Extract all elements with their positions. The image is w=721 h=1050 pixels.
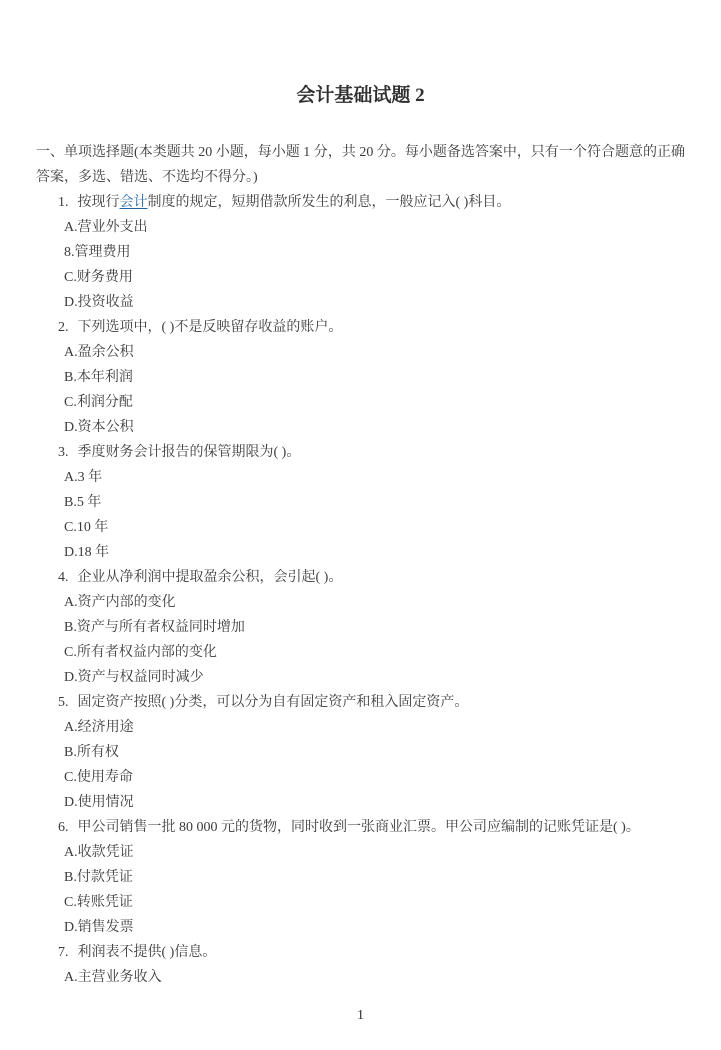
answer-option: B.所有权 <box>64 740 721 765</box>
page-number: 1 <box>0 1008 721 1024</box>
option-label: D. <box>64 420 78 435</box>
question: 7.利润表不提供( )信息。A.主营业务收入 <box>0 940 721 990</box>
answer-option: D.资产与权益同时减少 <box>64 665 721 690</box>
question: 2.下列选项中，( )不是反映留存收益的账户。A.盈余公积B.本年利润C.利润分… <box>0 315 721 440</box>
option-label: C. <box>64 520 77 535</box>
option-text: 本年利润 <box>77 370 133 385</box>
option-label: C. <box>64 395 77 410</box>
question: 1.按现行会计制度的规定，短期借款所发生的利息，一般应记入( )科目。A.营业外… <box>0 190 721 315</box>
option-label: B. <box>64 745 77 760</box>
option-label: D. <box>64 670 78 685</box>
answer-option: A.资产内部的变化 <box>64 590 721 615</box>
option-label: B. <box>64 495 77 510</box>
question-text-line: 3.季度财务会计报告的保管期限为( )。 <box>58 440 713 465</box>
question-text: 甲公司销售一批 80 000 元的货物，同时收到一张商业汇票。甲公司应编制的记账… <box>78 820 640 835</box>
option-label: B. <box>64 870 77 885</box>
question: 4.企业从净利润中提取盈余公积，会引起( )。A.资产内部的变化B.资产与所有者… <box>0 565 721 690</box>
answer-option: A.经济用途 <box>64 715 721 740</box>
option-label: A. <box>64 970 78 985</box>
answer-option: B.本年利润 <box>64 365 721 390</box>
option-label: C. <box>64 270 77 285</box>
question: 5.固定资产按照( )分类，可以分为自有固定资产和租入固定资产。A.经济用途B.… <box>0 690 721 815</box>
section-instructions: 一、单项选择题(本类题共 20 小题，每小题 1 分，共 20 分。每小题备选答… <box>36 140 685 190</box>
answer-option: B.付款凭证 <box>64 865 721 890</box>
question-list: 1.按现行会计制度的规定，短期借款所发生的利息，一般应记入( )科目。A.营业外… <box>0 190 721 990</box>
question-number: 6. <box>58 820 69 835</box>
option-text: 收款凭证 <box>78 845 134 860</box>
answer-option: A.盈余公积 <box>64 340 721 365</box>
question-text-line: 4.企业从净利润中提取盈余公积，会引起( )。 <box>58 565 713 590</box>
option-label: A. <box>64 345 78 360</box>
answer-option: D.使用情况 <box>64 790 721 815</box>
option-label: C. <box>64 645 77 660</box>
question-number: 7. <box>58 945 69 960</box>
answer-option: D.投资收益 <box>64 290 721 315</box>
option-text: 所有者权益内部的变化 <box>77 645 217 660</box>
option-label: D. <box>64 795 78 810</box>
answer-option: A.主营业务收入 <box>64 965 721 990</box>
option-text: 18 年 <box>78 545 110 560</box>
question-number: 4. <box>58 570 69 585</box>
option-text: 资本公积 <box>78 420 134 435</box>
answer-option: B.5 年 <box>64 490 721 515</box>
page-title: 会计基础试题 2 <box>0 84 721 107</box>
option-label: D. <box>64 920 78 935</box>
answer-option: C.利润分配 <box>64 390 721 415</box>
option-label: A. <box>64 845 78 860</box>
option-text: 转账凭证 <box>77 895 133 910</box>
question-text: 固定资产按照( )分类，可以分为自有固定资产和租入固定资产。 <box>78 695 469 710</box>
question-text-line: 7.利润表不提供( )信息。 <box>58 940 713 965</box>
question-text-line: 2.下列选项中，( )不是反映留存收益的账户。 <box>58 315 713 340</box>
option-label: B. <box>64 370 77 385</box>
option-label: A. <box>64 220 78 235</box>
option-text: 资产内部的变化 <box>78 595 176 610</box>
option-label: A. <box>64 720 78 735</box>
option-text: 利润分配 <box>77 395 133 410</box>
question-text: 企业从净利润中提取盈余公积，会引起( )。 <box>78 570 343 585</box>
option-text: 付款凭证 <box>77 870 133 885</box>
answer-option: C.财务费用 <box>64 265 721 290</box>
answer-option: D.资本公积 <box>64 415 721 440</box>
option-label: 8. <box>64 245 75 260</box>
question-text: 下列选项中，( )不是反映留存收益的账户。 <box>78 320 343 335</box>
question-text: 按现行 <box>78 195 120 210</box>
option-label: D. <box>64 295 78 310</box>
option-label: C. <box>64 770 77 785</box>
option-text: 使用情况 <box>78 795 134 810</box>
option-text: 所有权 <box>77 745 119 760</box>
question-number: 3. <box>58 445 69 460</box>
option-text: 经济用途 <box>78 720 134 735</box>
question-number: 2. <box>58 320 69 335</box>
question-text-line: 1.按现行会计制度的规定，短期借款所发生的利息，一般应记入( )科目。 <box>58 190 713 215</box>
answer-option: C.转账凭证 <box>64 890 721 915</box>
question-text-after-link: 制度的规定，短期借款所发生的利息，一般应记入( )科目。 <box>148 195 511 210</box>
question-text: 季度财务会计报告的保管期限为( )。 <box>78 445 301 460</box>
answer-option: C.所有者权益内部的变化 <box>64 640 721 665</box>
question-text-line: 6.甲公司销售一批 80 000 元的货物，同时收到一张商业汇票。甲公司应编制的… <box>58 815 713 840</box>
option-text: 10 年 <box>77 520 109 535</box>
option-text: 使用寿命 <box>77 770 133 785</box>
option-label: D. <box>64 545 78 560</box>
option-text: 盈余公积 <box>78 345 134 360</box>
option-label: A. <box>64 595 78 610</box>
answer-option: B.资产与所有者权益同时增加 <box>64 615 721 640</box>
inline-hyperlink[interactable]: 会计 <box>120 195 148 210</box>
answer-option: A.收款凭证 <box>64 840 721 865</box>
option-text: 财务费用 <box>77 270 133 285</box>
option-text: 销售发票 <box>78 920 134 935</box>
answer-option: A.营业外支出 <box>64 215 721 240</box>
answer-option: D.18 年 <box>64 540 721 565</box>
question-text: 利润表不提供( )信息。 <box>78 945 217 960</box>
option-label: B. <box>64 620 77 635</box>
answer-option: 8.管理费用 <box>64 240 721 265</box>
answer-option: C.10 年 <box>64 515 721 540</box>
question-text-line: 5.固定资产按照( )分类，可以分为自有固定资产和租入固定资产。 <box>58 690 713 715</box>
option-text: 营业外支出 <box>78 220 148 235</box>
question: 6.甲公司销售一批 80 000 元的货物，同时收到一张商业汇票。甲公司应编制的… <box>0 815 721 940</box>
question: 3.季度财务会计报告的保管期限为( )。A.3 年B.5 年C.10 年D.18… <box>0 440 721 565</box>
answer-option: D.销售发票 <box>64 915 721 940</box>
option-label: C. <box>64 895 77 910</box>
option-text: 主营业务收入 <box>78 970 162 985</box>
option-text: 3 年 <box>78 470 103 485</box>
option-text: 5 年 <box>77 495 102 510</box>
option-text: 资产与所有者权益同时增加 <box>77 620 245 635</box>
answer-option: A.3 年 <box>64 465 721 490</box>
document-page: 会计基础试题 2 一、单项选择题(本类题共 20 小题，每小题 1 分，共 20… <box>0 0 721 1050</box>
option-text: 投资收益 <box>78 295 134 310</box>
answer-option: C.使用寿命 <box>64 765 721 790</box>
option-text: 资产与权益同时减少 <box>78 670 204 685</box>
question-number: 5. <box>58 695 69 710</box>
option-text: 管理费用 <box>75 245 131 260</box>
option-label: A. <box>64 470 78 485</box>
question-number: 1. <box>58 195 69 210</box>
